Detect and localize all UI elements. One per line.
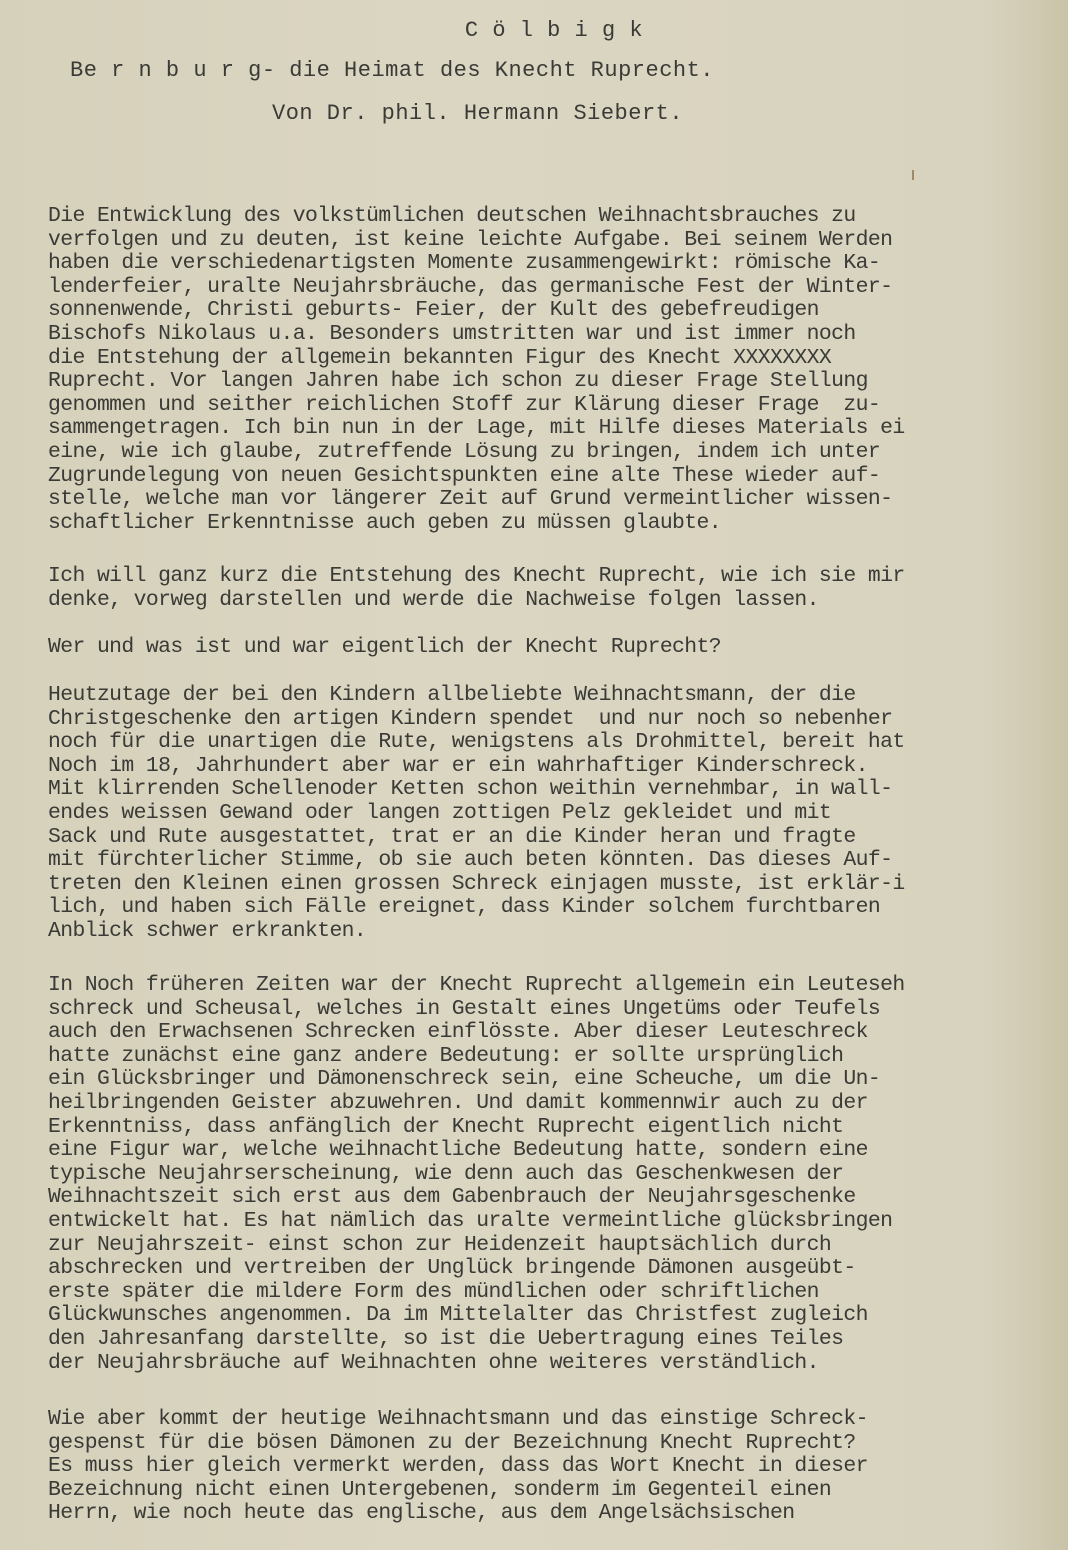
text-line: Wer und was ist und war eigentlich der K… xyxy=(48,636,1068,660)
text-line: erste später die mildere Form des mündli… xyxy=(48,1281,1068,1305)
paragraph-4: Heutzutage der bei den Kindern allbelieb… xyxy=(48,684,1068,944)
text-line: treten den Kleinen einen grossen Schreck… xyxy=(48,873,1068,897)
text-line: zur Neujahrszeit- einst schon zur Heiden… xyxy=(48,1234,1068,1258)
text-line: Heutzutage der bei den Kindern allbelieb… xyxy=(48,684,1068,708)
text-line: sonnenwende, Christi geburts- Feier, der… xyxy=(48,299,1068,323)
text-line: Herrn, wie noch heute das englische, aus… xyxy=(48,1502,1068,1526)
text-line: endes weissen Gewand oder langen zottige… xyxy=(48,802,1068,826)
text-line: Ruprecht. Vor langen Jahren habe ich sch… xyxy=(48,370,1068,394)
typewritten-page: C ö l b i g k Be r n b u r g- die Heimat… xyxy=(0,0,1068,1550)
text-line: Christgeschenke den artigen Kindern spen… xyxy=(48,708,1068,732)
text-line: noch für die unartigen die Rute, wenigst… xyxy=(48,731,1068,755)
paper-stain xyxy=(912,170,914,180)
text-line: auch den Erwachsenen Schrecken einflösst… xyxy=(48,1021,1068,1045)
text-line: Zugrundelegung von neuen Gesichtspunkten… xyxy=(48,465,1068,489)
text-line: Bischofs Nikolaus u.a. Besonders umstrit… xyxy=(48,323,1068,347)
paragraph-5: In Noch früheren Zeiten war der Knecht R… xyxy=(48,974,1068,1375)
paragraph-3: Wer und was ist und war eigentlich der K… xyxy=(48,636,1068,660)
text-line: typische Neujahrserscheinung, wie denn a… xyxy=(48,1163,1068,1187)
text-line: Erkenntniss, dass anfänglich der Knecht … xyxy=(48,1116,1068,1140)
text-line: schreck und Scheusal, welches in Gestalt… xyxy=(48,998,1068,1022)
paragraph-1: Die Entwicklung des volkstümlichen deuts… xyxy=(48,205,1068,535)
text-line: Es muss hier gleich vermerkt werden, das… xyxy=(48,1455,1068,1479)
text-line: lenderfeier, uralte Neujahrsbräuche, das… xyxy=(48,276,1068,300)
text-line: Bezeichnung nicht einen Untergebenen, so… xyxy=(48,1479,1068,1503)
text-line: hatte zunächst eine ganz andere Bedeutun… xyxy=(48,1045,1068,1069)
document-subtitle: Be r n b u r g- die Heimat des Knecht Ru… xyxy=(70,58,714,83)
text-line: Glückwunsches angenommen. Da im Mittelal… xyxy=(48,1304,1068,1328)
text-line: denke, vorweg darstellen und werde die N… xyxy=(48,589,1068,613)
document-author: Von Dr. phil. Hermann Siebert. xyxy=(272,101,683,126)
text-line: der Neujahrsbräuche auf Weihnachten ohne… xyxy=(48,1352,1068,1376)
text-line: abschrecken und vertreiben der Unglück b… xyxy=(48,1257,1068,1281)
text-line: Sack und Rute ausgestattet, trat er an d… xyxy=(48,826,1068,850)
text-line: entwickelt hat. Es hat nämlich das uralt… xyxy=(48,1210,1068,1234)
text-line: verfolgen und zu deuten, ist keine leich… xyxy=(48,229,1068,253)
text-line: Wie aber kommt der heutige Weihnachtsman… xyxy=(48,1408,1068,1432)
text-line: Noch im 18, Jahrhundert aber war er ein … xyxy=(48,755,1068,779)
text-line: gespenst für die bösen Dämonen zu der Be… xyxy=(48,1432,1068,1456)
text-line: mit fürchterlicher Stimme, ob sie auch b… xyxy=(48,849,1068,873)
paragraph-2: Ich will ganz kurz die Entstehung des Kn… xyxy=(48,565,1068,612)
text-line: lich, und haben sich Fälle ereignet, das… xyxy=(48,896,1068,920)
text-line: stelle, welche man vor längerer Zeit auf… xyxy=(48,488,1068,512)
text-line: schaftlicher Erkenntnisse auch geben zu … xyxy=(48,512,1068,536)
text-line: ein Glücksbringer und Dämonenschreck sei… xyxy=(48,1068,1068,1092)
paragraph-6: Wie aber kommt der heutige Weihnachtsman… xyxy=(48,1408,1068,1526)
text-line: Die Entwicklung des volkstümlichen deuts… xyxy=(48,205,1068,229)
text-line: Ich will ganz kurz die Entstehung des Kn… xyxy=(48,565,1068,589)
text-line: Anblick schwer erkrankten. xyxy=(48,920,1068,944)
text-line: genommen und seither reichlichen Stoff z… xyxy=(48,394,1068,418)
text-line: eine Figur war, welche weihnachtliche Be… xyxy=(48,1139,1068,1163)
text-line: Mit klirrenden Schellenoder Ketten schon… xyxy=(48,778,1068,802)
text-line: den Jahresanfang darstellte, so ist die … xyxy=(48,1328,1068,1352)
text-line: Weihnachtszeit sich erst aus dem Gabenbr… xyxy=(48,1186,1068,1210)
text-line: In Noch früheren Zeiten war der Knecht R… xyxy=(48,974,1068,998)
text-line: heilbringenden Geister abzuwehren. Und d… xyxy=(48,1092,1068,1116)
text-line: haben die verschiedenartigsten Momente z… xyxy=(48,252,1068,276)
text-line: eine, wie ich glaube, zutreffende Lösung… xyxy=(48,441,1068,465)
text-line: sammengetragen. Ich bin nun in der Lage,… xyxy=(48,417,1068,441)
text-line: die Entstehung der allgemein bekannten F… xyxy=(48,347,1068,371)
document-title: C ö l b i g k xyxy=(0,18,1068,43)
